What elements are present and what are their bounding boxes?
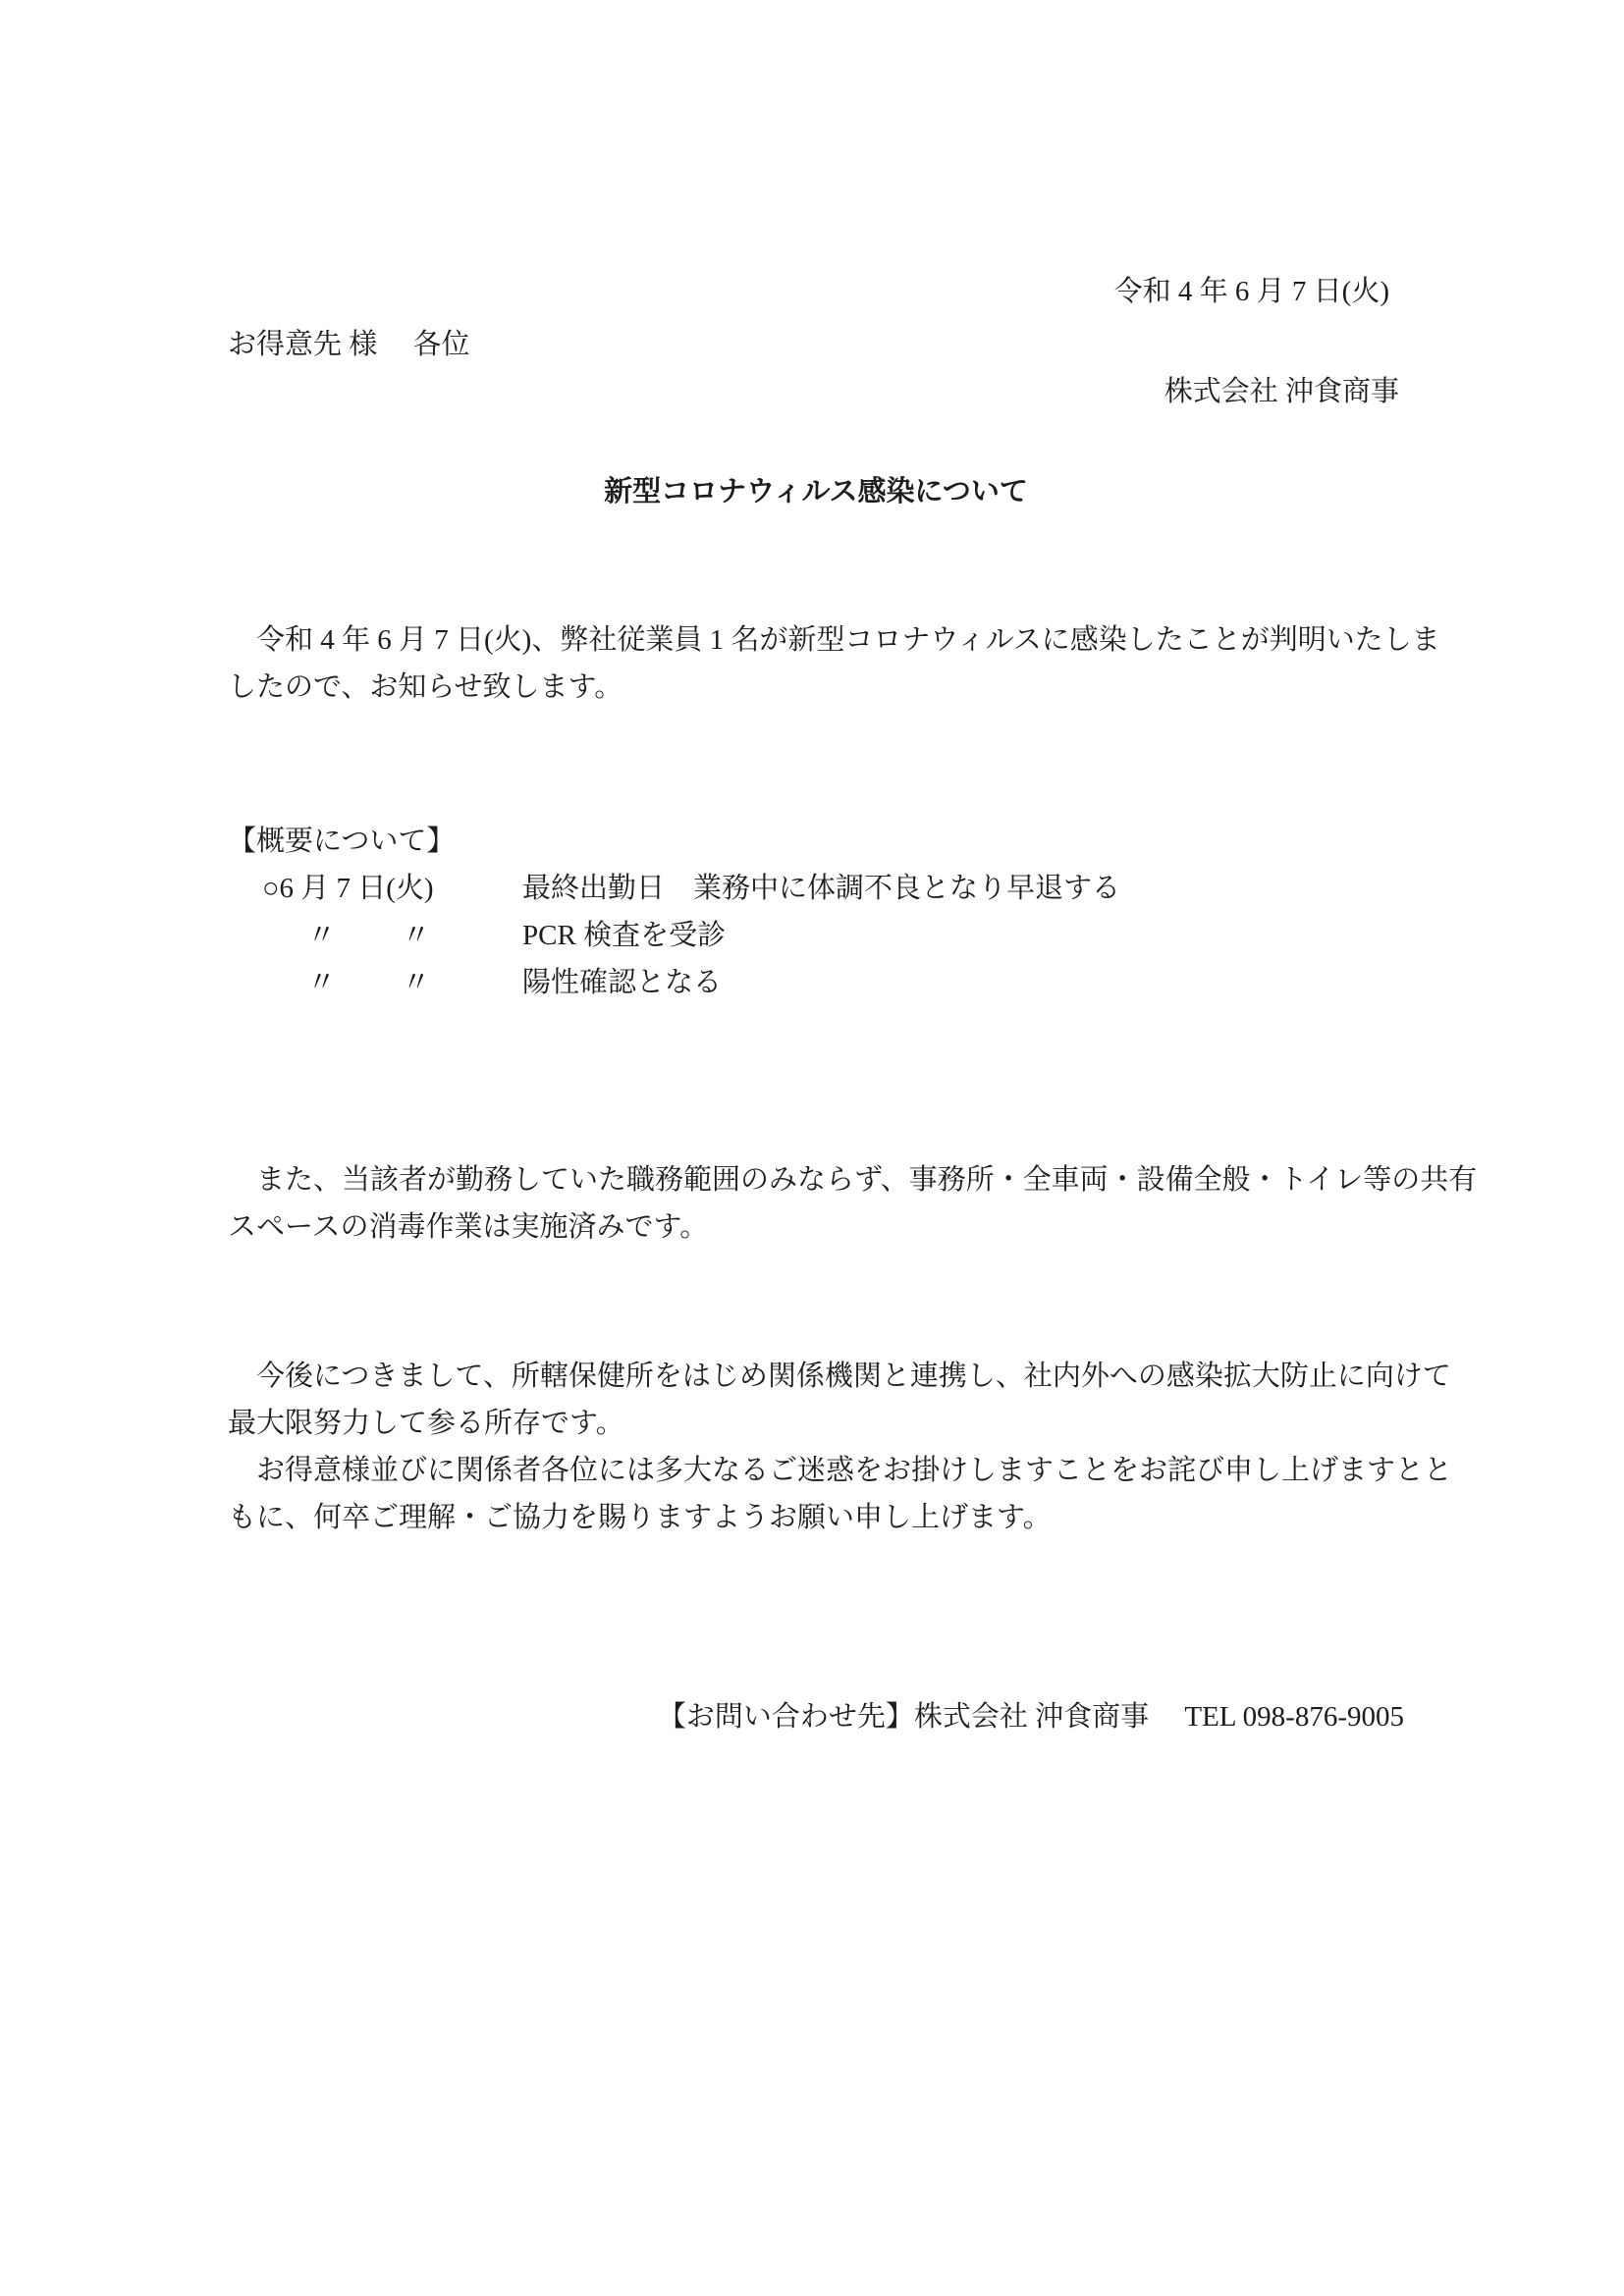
document-date: 令和 4 年 6 月 7 日(火) (228, 268, 1404, 315)
document-page: 令和 4 年 6 月 7 日(火) お得意先 様 各位 株式会社 沖食商事 新型… (0, 0, 1624, 2296)
overview-row-description: 最終出勤日 業務中に体調不良となり早退する (522, 865, 1120, 912)
paragraph-line: したので、お知らせ致します。 (228, 664, 1404, 711)
overview-row-date: 〃 〃 (228, 959, 522, 1006)
overview-row-date: 〃 〃 (228, 912, 522, 959)
overview-row-description: 陽性確認となる (522, 959, 722, 1006)
overview-section-heading: 【概要について】 (228, 818, 1404, 865)
overview-row: 〃 〃 PCR 検査を受診 (228, 912, 1404, 959)
sender-company: 株式会社 沖食商事 (228, 368, 1404, 415)
ditto-mark: 〃 (402, 912, 430, 959)
paragraph-line: また、当該者が勤務していた職務範囲のみならず、事務所・全車両・設備全般・トイレ等… (228, 1156, 1404, 1203)
paragraph-line: 今後につきまして、所轄保健所をはじめ関係機関と連携し、社内外への感染拡大防止に向… (228, 1353, 1404, 1400)
ditto-mark: 〃 (307, 959, 336, 1006)
ditto-mark: 〃 (307, 912, 336, 959)
overview-row-description: PCR 検査を受診 (522, 912, 726, 959)
apology-paragraph: お得意様並びに関係者各位には多大なるご迷惑をお掛けしますことをお詫び申し上げます… (228, 1447, 1404, 1541)
disinfection-paragraph: また、当該者が勤務していた職務範囲のみならず、事務所・全車両・設備全般・トイレ等… (228, 1156, 1404, 1251)
overview-row: ○6 月 7 日(火) 最終出勤日 業務中に体調不良となり早退する (228, 865, 1404, 912)
contact-info: 【お問い合わせ先】株式会社 沖食商事 TEL 098-876-9005 (228, 1693, 1404, 1740)
paragraph-line: スペースの消毒作業は実施済みです。 (228, 1203, 1404, 1251)
ditto-mark: 〃 (402, 959, 430, 1006)
future-measures-paragraph: 今後につきまして、所轄保健所をはじめ関係機関と連携し、社内外への感染拡大防止に向… (228, 1353, 1404, 1447)
intro-paragraph: 令和 4 年 6 月 7 日(火)、弊社従業員 1 名が新型コロナウィルスに感染… (228, 616, 1404, 711)
paragraph-line: お得意様並びに関係者各位には多大なるご迷惑をお掛けしますことをお詫び申し上げます… (228, 1447, 1404, 1494)
paragraph-line: もに、何卒ご理解・ご協力を賜りますようお願い申し上げます。 (228, 1494, 1404, 1541)
document-title: 新型コロナウィルス感染について (228, 468, 1404, 515)
paragraph-line: 令和 4 年 6 月 7 日(火)、弊社従業員 1 名が新型コロナウィルスに感染… (228, 616, 1404, 664)
overview-list: ○6 月 7 日(火) 最終出勤日 業務中に体調不良となり早退する 〃 〃 PC… (228, 865, 1404, 1006)
paragraph-line: 最大限努力して参る所存です。 (228, 1400, 1404, 1447)
overview-row-date: ○6 月 7 日(火) (228, 865, 522, 912)
overview-row: 〃 〃 陽性確認となる (228, 959, 1404, 1006)
addressee: お得意先 様 各位 (228, 321, 1404, 368)
